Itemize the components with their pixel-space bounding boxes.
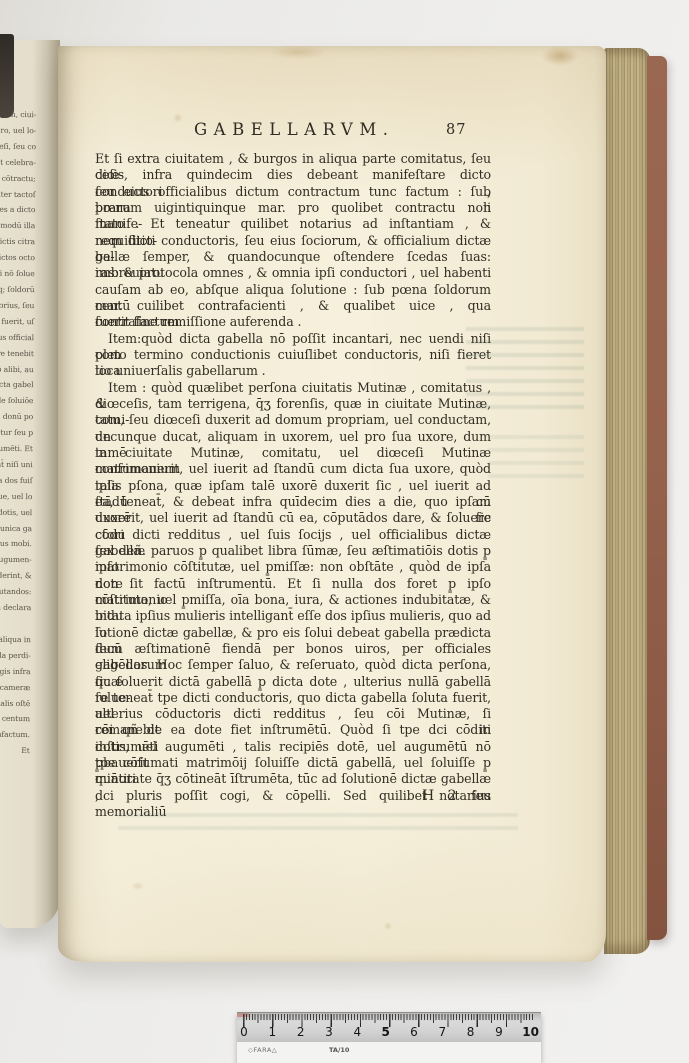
text-line: ceſis, infra quindecim dies debeant mani… — [95, 167, 491, 183]
fragment-line: eſt de ſoluiōe — [0, 394, 36, 410]
fragment-line: ur unica ga — [0, 521, 35, 537]
text-line: dum æſtimationē fiendā per bonos uiros, … — [95, 641, 491, 657]
fragment-line: bella perdi- — [0, 649, 34, 665]
ruler-number: 4 — [352, 1025, 362, 1039]
ruler-number: 9 — [494, 1025, 504, 1039]
ruler-label-strip: ◇FARA△ TA/10 — [237, 1042, 541, 1063]
ruler-number: 5 — [381, 1025, 391, 1039]
fragment-line: adictis citra — [2, 235, 38, 251]
running-header: GABELLARVM. 87 — [58, 120, 606, 142]
text-line: quātitate q̄ʒ cōtineāt īſtrumēta, tūc ad… — [95, 771, 491, 787]
text-line: duxerit, uel iuerit ad ſtandū cū ea, cōp… — [95, 510, 491, 526]
text-line: tpe cōſumati matrimōij ſoluiſſe dictā ga… — [95, 755, 491, 771]
folio-number: 87 — [446, 122, 466, 138]
book-spine-corner — [0, 34, 14, 118]
ruler-code: TA/10 — [329, 1046, 349, 1054]
fragment-line: rebus mobi. — [0, 537, 35, 553]
fragment-line: burgis infra — [0, 665, 34, 681]
fragment-line: ius official — [1, 331, 37, 347]
fragment-line: tali nō ſolue — [2, 267, 38, 283]
text-line: cauſam ab eo, abſque aliqua ſolutione : … — [95, 282, 491, 298]
fragment-line: ūt aliqua in — [0, 633, 34, 649]
text-line: lutionē dictæ gabellæ, & pro eis ſolui d… — [95, 625, 491, 641]
text-line: Item : quòd quælibet perſona ciuitatis M… — [95, 380, 491, 396]
ruler: 012345678910 ◇FARA△ TA/10 — [237, 1012, 541, 1063]
text-line: matrimonio cōſtitutæ, uel p̱miſſæ: non o… — [95, 559, 491, 575]
fragment-line: rii modū illa — [2, 219, 38, 235]
ruler-scale: 012345678910 — [237, 1012, 541, 1042]
ruler-number: 6 — [409, 1025, 419, 1039]
fragment-line: oluere tenebit — [1, 346, 37, 362]
text-line: in ciuitate Mutinæ, comitatu, uel diœceſ… — [95, 445, 491, 461]
fragment-line: it celebra- — [3, 156, 39, 172]
fragment-line: mēia donū po — [0, 410, 36, 426]
fragment-line: on declara — [0, 601, 34, 617]
text-line: eligēdos. Hoc ſemper ſaluo, & reſeruato,… — [95, 657, 491, 673]
book-fore-edge — [604, 48, 650, 954]
text-line: ſtato . Et teneatur quilibet notarius ad… — [95, 216, 491, 232]
text-line: ea, teneat̄, & debeat infra quīdecim die… — [95, 494, 491, 510]
fragment-line: ficialis oſtē — [0, 696, 33, 712]
fragment-line: nj cameræ — [0, 680, 33, 696]
text-line: bitata ipſius mulieris intelligant̄ eſſe… — [95, 608, 491, 624]
fragment-line: rafactum. — [0, 728, 33, 744]
text-line: cōſtituta, uel p̱miſſa, oīa bona, iura, … — [95, 592, 491, 608]
fragment-line: lederint, & — [0, 569, 35, 585]
text-line: re teneat̄ tpe dicti conductoris, quo di… — [95, 690, 491, 706]
text-line: mar. cuilibet contrafacienti , & qualibe… — [95, 298, 491, 314]
fragment-line: ro, uel lo- — [3, 124, 39, 140]
facing-page-text-fragments: ūm, ciui-ro, uel lo-ceſi, ſeu coit celeb… — [0, 108, 39, 760]
text-line: ſex deñ. paruos p̱ qualibet libra ſūmæ, … — [95, 543, 491, 559]
text-block: Et ſi extra ciuitatem , & burgos in aliq… — [95, 151, 491, 804]
text-line: nem dicti conductoris, ſeu eius ſociorum… — [95, 233, 491, 249]
text-line: ras: & protocola omnes , & omnia ipſi co… — [95, 265, 491, 281]
facing-page-edge: ūm, ciui-ro, uel lo-ceſi, ſeu coit celeb… — [0, 40, 60, 928]
text-line: ſeu eius officialibus dictum contractum … — [95, 184, 491, 200]
ruler-brand: ◇FARA△ — [248, 1046, 277, 1054]
ruler-number: 7 — [437, 1025, 447, 1039]
text-line: alterius cōductoris dicti redditus , ſeu… — [95, 706, 491, 722]
ruler-number: 1 — [267, 1025, 277, 1039]
fragment-line: ō fuerit, uſ — [1, 315, 37, 331]
fragment-line: luat̄ niſi uni — [0, 458, 36, 474]
text-line: dotis, uel augumēti , talis recipiēs dot… — [95, 739, 491, 755]
text-line: fuerit ſine remiſſione auferenda . — [95, 314, 491, 330]
fragment-line: augumēti. Et — [0, 442, 36, 458]
text-line: brarum uigintiquinque mar. pro quolibet … — [95, 200, 491, 216]
fragment-line: ceſi, ſeu co — [3, 140, 39, 156]
text-line: pleto termino conductionis cuiuſlibet co… — [95, 347, 491, 363]
text-line: Item:quòd dicta gabella nō poſſit incant… — [95, 331, 491, 347]
text-line: bellæ ſemper, & quandocunque oſtendere ſ… — [95, 249, 491, 265]
fragment-line: git dicta gabel — [0, 378, 36, 394]
ruler-number: 0 — [239, 1025, 249, 1039]
text-line: diœceſis, tam terrigena, q̄ʒ forenſis, q… — [95, 396, 491, 412]
ink-show-through — [118, 804, 518, 830]
fragment-line: o cōtractu; — [3, 171, 39, 187]
text-line: non ſit factū inſtrumentū. Et ſi nulla d… — [95, 576, 491, 592]
fragment-line: inq; ſoldorū — [1, 283, 37, 299]
text-line: ctori dicti redditus , uel ſuis ſocijs ,… — [95, 527, 491, 543]
fragment-line: Et — [0, 744, 33, 760]
ruler-number: 2 — [296, 1025, 306, 1039]
fragment-line: nt detur ſeu p — [0, 426, 36, 442]
text-line: tio uniuerſalis gabellarum . — [95, 363, 491, 379]
book-page: GABELLARVM. 87 Et ſi extra ciuitatem , &… — [58, 46, 606, 962]
text-line: cōi qñ de ea dote fiet inſtrumētū. Quòd … — [95, 722, 491, 738]
fragment-line — [0, 617, 34, 633]
ink-show-through — [488, 426, 584, 486]
text-line: conſumauerit, uel iuerit ad ſtandū cum d… — [95, 461, 491, 477]
fragment-line: putandos: — [0, 585, 34, 601]
text-line: talis pſona, quæ ipſam talē uxorē duxeri… — [95, 478, 491, 494]
text-line: tatu, ſeu diœceſi duxerit ad domum propr… — [95, 412, 491, 428]
ruler-numbers: 012345678910 — [239, 1025, 539, 1039]
fragment-line: nō alibi, au — [1, 362, 37, 378]
fragment-line: augumen- — [0, 553, 35, 569]
book-cover-edge — [647, 56, 667, 940]
text-line: decunque ducat, aliquam in uxorem, uel p… — [95, 429, 491, 445]
fragment-line: ipſa dos fuiſ — [0, 474, 36, 490]
photo-backdrop: ūm, ciui-ro, uel lo-ceſi, ſeu coit celeb… — [0, 0, 689, 1063]
text-line: ſic ſoluerit dictā gabellā p̱ dicta dote… — [95, 674, 491, 690]
ruler-number: 10 — [522, 1025, 539, 1039]
fragment-line: ictos octo — [2, 251, 38, 267]
fragment-line: breue, uel lo — [0, 490, 35, 506]
ruler-number: 3 — [324, 1025, 334, 1039]
fragment-line: memorius, ſeu — [1, 299, 37, 315]
fragment-line: a centum — [0, 712, 33, 728]
signature-mark: H 2 — [95, 788, 491, 804]
ruler-number: 8 — [466, 1025, 476, 1039]
fragment-line: iter tactoſ — [2, 187, 38, 203]
page-title: GABELLARVM. — [194, 120, 395, 139]
fragment-line: ctæ dotis, uel — [0, 505, 35, 521]
fragment-line: dies a dicto — [2, 203, 38, 219]
text-line: Et ſi extra ciuitatem , & burgos in aliq… — [95, 151, 491, 167]
